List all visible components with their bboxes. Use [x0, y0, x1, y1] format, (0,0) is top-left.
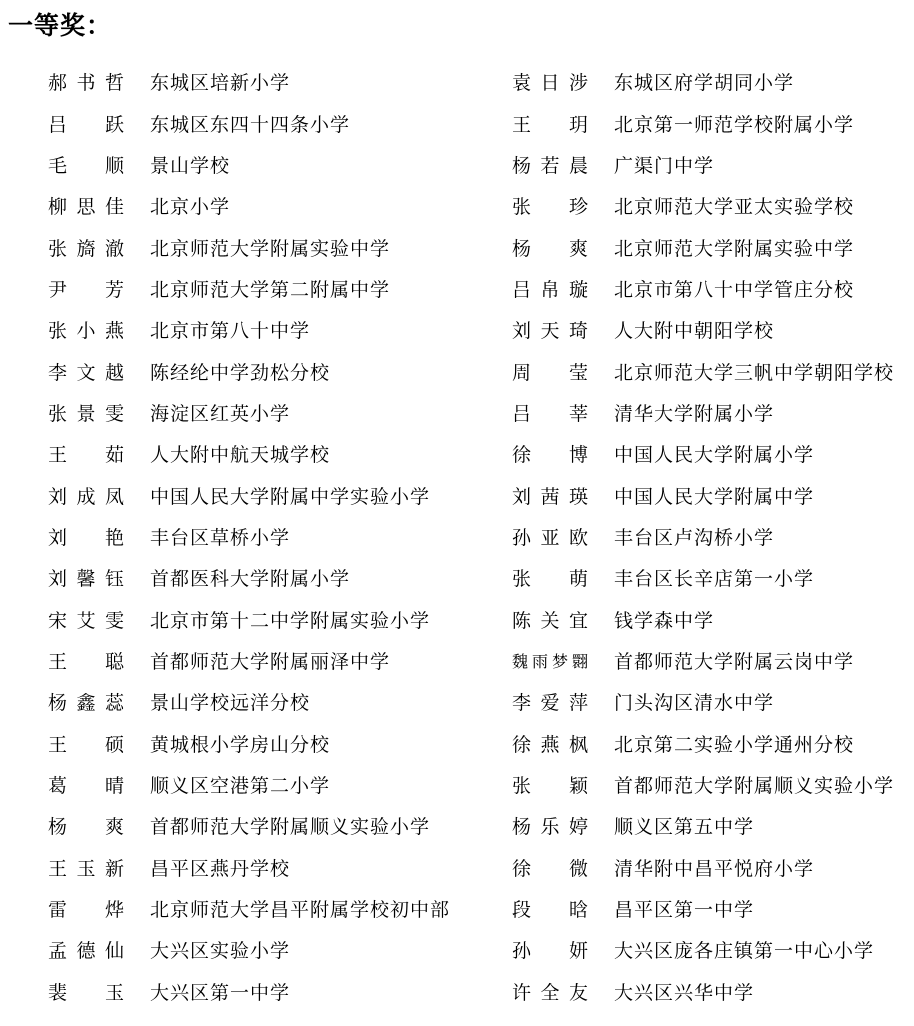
winner-school: 大兴区第一中学 [150, 978, 290, 1005]
winner-school: 北京第二实验小学通州分校 [614, 730, 854, 757]
winner-name: 周莹 [512, 358, 588, 385]
award-entry-row: 刘天琦 人大附中朝阳学校 [512, 309, 894, 350]
award-entry-row: 张珍 北京师范大学亚太实验学校 [512, 185, 894, 226]
winner-name: 杨乐婷 [512, 812, 588, 839]
winner-school: 东城区府学胡同小学 [614, 68, 794, 95]
winner-name: 王聪 [48, 647, 124, 674]
winner-school: 顺义区第五中学 [614, 812, 754, 839]
award-entry-row: 裴玉 大兴区第一中学 [48, 971, 450, 1012]
winner-name: 孟德仙 [48, 936, 124, 963]
winner-school: 丰台区草桥小学 [150, 523, 290, 550]
award-entry-row: 孙妍 大兴区庞各庄镇第一中心小学 [512, 929, 894, 970]
winner-school: 中国人民大学附属中学 [614, 482, 814, 509]
winner-school: 海淀区红英小学 [150, 399, 290, 426]
award-entry-row: 孙亚欧 丰台区卢沟桥小学 [512, 516, 894, 557]
winner-name: 张萌 [512, 564, 588, 591]
winner-name: 孙妍 [512, 936, 588, 963]
winner-name: 葛晴 [48, 771, 124, 798]
winner-school: 丰台区长辛店第一小学 [614, 564, 814, 591]
winner-school: 景山学校 [150, 151, 230, 178]
winner-name: 裴玉 [48, 978, 124, 1005]
winner-name: 刘成凤 [48, 482, 124, 509]
winner-name: 杨爽 [48, 812, 124, 839]
winner-name: 孙亚欧 [512, 523, 588, 550]
winner-school: 人大附中航天城学校 [150, 440, 330, 467]
winner-school: 门头沟区清水中学 [614, 688, 774, 715]
award-entry-row: 刘艳 丰台区草桥小学 [48, 516, 450, 557]
winner-name: 刘茜瑛 [512, 482, 588, 509]
winner-school: 昌平区燕丹学校 [150, 854, 290, 881]
award-entry-row: 徐微 清华附中昌平悦府小学 [512, 847, 894, 888]
winner-school: 北京第一师范学校附属小学 [614, 110, 854, 137]
winner-school: 北京师范大学附属实验中学 [150, 234, 390, 261]
award-entry-row: 杨爽 首都师范大学附属顺义实验小学 [48, 805, 450, 846]
winner-name: 尹芳 [48, 275, 124, 302]
winner-school: 丰台区卢沟桥小学 [614, 523, 774, 550]
award-entry-row: 刘馨钰 首都医科大学附属小学 [48, 557, 450, 598]
winner-name: 李文越 [48, 358, 124, 385]
award-entry-row: 张旖澈 北京师范大学附属实验中学 [48, 226, 450, 267]
winner-school: 北京市第十二中学附属实验小学 [150, 606, 430, 633]
award-entry-row: 许全友 大兴区兴华中学 [512, 971, 894, 1012]
winner-name: 王玥 [512, 110, 588, 137]
award-entry-row: 孟德仙 大兴区实验小学 [48, 929, 450, 970]
winner-name: 毛顺 [48, 151, 124, 178]
award-entry-row: 王聪 首都师范大学附属丽泽中学 [48, 640, 450, 681]
winner-name: 刘馨钰 [48, 564, 124, 591]
winner-school: 清华大学附属小学 [614, 399, 774, 426]
award-column-left: 郝书哲 东城区培新小学 吕跃 东城区东四十四条小学 毛顺 景山学校 柳思佳 北京… [48, 61, 450, 1012]
winner-name: 吕帛璇 [512, 275, 588, 302]
award-entry-row: 吕莘 清华大学附属小学 [512, 392, 894, 433]
winner-school: 首都医科大学附属小学 [150, 564, 350, 591]
award-entry-row: 杨若晨 广渠门中学 [512, 144, 894, 185]
winner-school: 陈经纶中学劲松分校 [150, 358, 330, 385]
winner-school: 大兴区庞各庄镇第一中心小学 [614, 936, 874, 963]
winner-name: 张颖 [512, 771, 588, 798]
winner-school: 大兴区实验小学 [150, 936, 290, 963]
winner-name: 徐燕枫 [512, 730, 588, 757]
award-entry-row: 魏雨梦翾 首都师范大学附属云岗中学 [512, 640, 894, 681]
award-entry-row: 王硕 黄城根小学房山分校 [48, 723, 450, 764]
award-entry-row: 王玥 北京第一师范学校附属小学 [512, 102, 894, 143]
award-entry-row: 王茹 人大附中航天城学校 [48, 433, 450, 474]
award-entry-row: 张景雯 海淀区红英小学 [48, 392, 450, 433]
award-entry-row: 葛晴 顺义区空港第二小学 [48, 764, 450, 805]
winner-name: 王玉新 [48, 854, 124, 881]
winner-name: 王茹 [48, 440, 124, 467]
winner-school: 北京师范大学昌平附属学校初中部 [150, 895, 450, 922]
award-entry-row: 杨乐婷 顺义区第五中学 [512, 805, 894, 846]
winner-school: 黄城根小学房山分校 [150, 730, 330, 757]
winner-school: 北京师范大学附属实验中学 [614, 234, 854, 261]
winner-name: 王硕 [48, 730, 124, 757]
winner-name: 段晗 [512, 895, 588, 922]
winner-school: 东城区东四十四条小学 [150, 110, 350, 137]
winner-name: 陈关宜 [512, 606, 588, 633]
winner-school: 首都师范大学附属云岗中学 [614, 647, 854, 674]
award-entry-row: 徐燕枫 北京第二实验小学通州分校 [512, 723, 894, 764]
winner-school: 清华附中昌平悦府小学 [614, 854, 814, 881]
winner-name: 柳思佳 [48, 192, 124, 219]
winner-name: 杨爽 [512, 234, 588, 261]
award-entry-row: 张颖 首都师范大学附属顺义实验小学 [512, 764, 894, 805]
winner-school: 首都师范大学附属顺义实验小学 [614, 771, 894, 798]
winner-name: 张珍 [512, 192, 588, 219]
winner-name: 吕莘 [512, 399, 588, 426]
award-entry-row: 杨爽 北京师范大学附属实验中学 [512, 226, 894, 267]
winner-name: 郝书哲 [48, 68, 124, 95]
winner-school: 北京师范大学三帆中学朝阳学校 [614, 358, 894, 385]
award-entry-row: 周莹 北京师范大学三帆中学朝阳学校 [512, 350, 894, 391]
award-entry-row: 段晗 昌平区第一中学 [512, 888, 894, 929]
winner-name: 刘天琦 [512, 316, 588, 343]
award-entry-row: 柳思佳 北京小学 [48, 185, 450, 226]
award-entry-row: 袁日涉 东城区府学胡同小学 [512, 61, 894, 102]
award-entry-row: 陈关宜 钱学森中学 [512, 598, 894, 639]
winner-name: 雷烨 [48, 895, 124, 922]
award-entry-row: 宋艾雯 北京市第十二中学附属实验小学 [48, 598, 450, 639]
winner-school: 昌平区第一中学 [614, 895, 754, 922]
winner-school: 广渠门中学 [614, 151, 714, 178]
winner-name: 袁日涉 [512, 68, 588, 95]
winner-school: 北京师范大学第二附属中学 [150, 275, 390, 302]
winner-school: 中国人民大学附属中学实验小学 [150, 482, 430, 509]
winner-school: 首都师范大学附属丽泽中学 [150, 647, 390, 674]
award-entry-row: 杨鑫蕊 景山学校远洋分校 [48, 681, 450, 722]
winner-school: 北京师范大学亚太实验学校 [614, 192, 854, 219]
winner-name: 张旖澈 [48, 234, 124, 261]
winner-name: 徐博 [512, 440, 588, 467]
winner-name: 杨若晨 [512, 151, 588, 178]
award-entry-row: 徐博 中国人民大学附属小学 [512, 433, 894, 474]
winner-school: 北京小学 [150, 192, 230, 219]
winner-name: 魏雨梦翾 [512, 649, 588, 672]
award-entry-row: 李爱萍 门头沟区清水中学 [512, 681, 894, 722]
winner-name: 徐微 [512, 854, 588, 881]
winner-name: 刘艳 [48, 523, 124, 550]
winner-school: 北京市第八十中学管庄分校 [614, 275, 854, 302]
award-entry-row: 张小燕 北京市第八十中学 [48, 309, 450, 350]
winner-school: 人大附中朝阳学校 [614, 316, 774, 343]
winner-school: 景山学校远洋分校 [150, 688, 310, 715]
award-entry-row: 李文越 陈经纶中学劲松分校 [48, 350, 450, 391]
page-title: 一等奖： [8, 6, 112, 42]
winner-school: 中国人民大学附属小学 [614, 440, 814, 467]
winner-school: 东城区培新小学 [150, 68, 290, 95]
award-entry-row: 张萌 丰台区长辛店第一小学 [512, 557, 894, 598]
winner-school: 顺义区空港第二小学 [150, 771, 330, 798]
award-entry-row: 雷烨 北京师范大学昌平附属学校初中部 [48, 888, 450, 929]
award-entry-row: 刘茜瑛 中国人民大学附属中学 [512, 474, 894, 515]
winner-school: 钱学森中学 [614, 606, 714, 633]
winner-name: 杨鑫蕊 [48, 688, 124, 715]
winner-name: 许全友 [512, 978, 588, 1005]
award-entry-row: 吕帛璇 北京市第八十中学管庄分校 [512, 268, 894, 309]
award-column-right: 袁日涉 东城区府学胡同小学 王玥 北京第一师范学校附属小学 杨若晨 广渠门中学 … [512, 61, 894, 1012]
award-entry-row: 王玉新 昌平区燕丹学校 [48, 847, 450, 888]
winner-name: 李爱萍 [512, 688, 588, 715]
award-entry-row: 吕跃 东城区东四十四条小学 [48, 102, 450, 143]
winner-school: 首都师范大学附属顺义实验小学 [150, 812, 430, 839]
winner-name: 张小燕 [48, 316, 124, 343]
winner-school: 大兴区兴华中学 [614, 978, 754, 1005]
award-entry-row: 毛顺 景山学校 [48, 144, 450, 185]
award-entry-row: 刘成凤 中国人民大学附属中学实验小学 [48, 474, 450, 515]
award-entry-row: 尹芳 北京师范大学第二附属中学 [48, 268, 450, 309]
winner-name: 宋艾雯 [48, 606, 124, 633]
winner-school: 北京市第八十中学 [150, 316, 310, 343]
winner-name: 张景雯 [48, 399, 124, 426]
winner-name: 吕跃 [48, 110, 124, 137]
award-entry-row: 郝书哲 东城区培新小学 [48, 61, 450, 102]
